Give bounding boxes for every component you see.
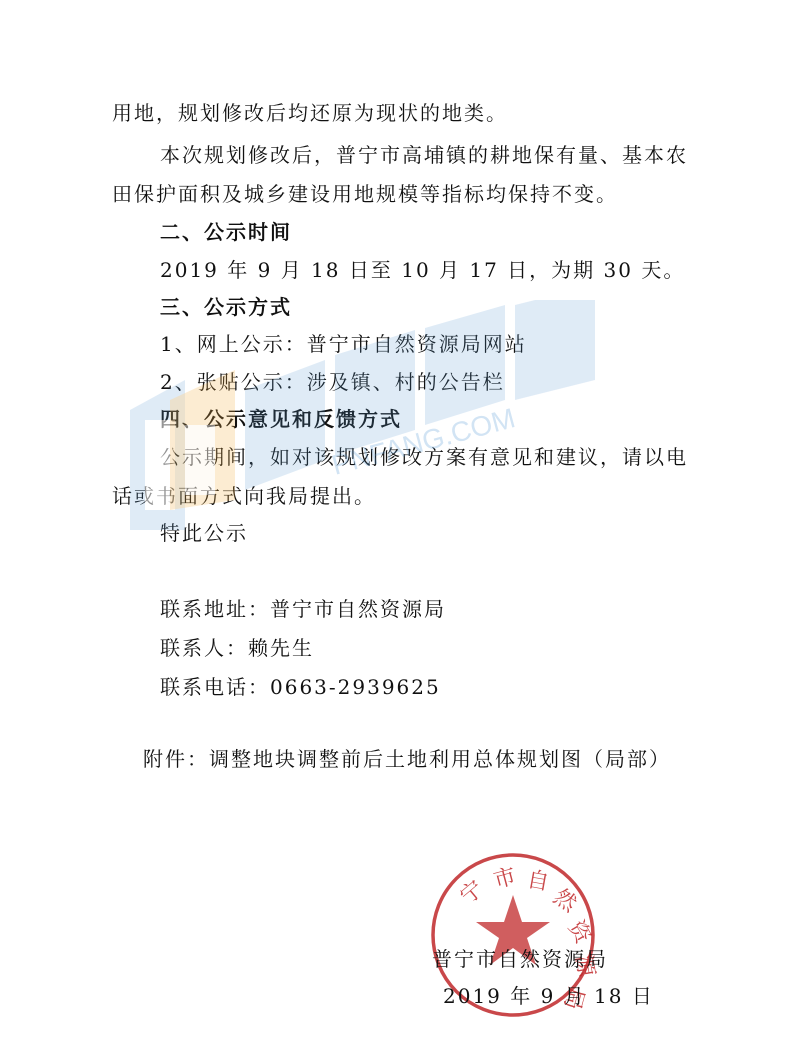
section-3-item-1: 1、网上公示：普宁市自然资源局网站 <box>160 332 527 356</box>
body-line-2: 本次规划修改后，普宁市高埔镇的耕地保有量、基本农 <box>160 143 688 167</box>
section-3-title: 三、公示方式 <box>160 295 292 319</box>
closing-line: 特此公示 <box>160 521 248 545</box>
body-line-1: 用地，规划修改后均还原为现状的地类。 <box>112 101 508 125</box>
signature-date: 2019 年 9 月 18 日 <box>443 984 654 1008</box>
signature-issuer: 普宁市自然资源局 <box>432 947 608 971</box>
section-4-title: 四、公示意见和反馈方式 <box>160 407 402 431</box>
section-2-body: 2019 年 9 月 18 日至 10 月 17 日，为期 30 天。 <box>160 258 685 282</box>
section-4-body-2: 话或书面方式向我局提出。 <box>112 484 376 508</box>
body-line-3: 田保护面积及城乡建设用地规模等指标均保持不变。 <box>112 182 618 206</box>
section-2-title: 二、公示时间 <box>160 220 292 244</box>
svg-text:市: 市 <box>491 864 519 894</box>
contact-person: 联系人：赖先生 <box>160 636 314 660</box>
svg-text:宁: 宁 <box>456 876 489 909</box>
contact-address: 联系地址：普宁市自然资源局 <box>160 597 446 621</box>
attachment-note: 附件：调整地块调整前后土地利用总体规划图（局部） <box>143 747 671 771</box>
section-4-body-1: 公示期间，如对该规划修改方案有意见和建议，请以电 <box>160 445 688 469</box>
contact-phone: 联系电话：0663-2939625 <box>160 675 441 699</box>
svg-text:自: 自 <box>525 867 551 895</box>
section-3-item-2: 2、张贴公示：涉及镇、村的公告栏 <box>160 370 505 394</box>
